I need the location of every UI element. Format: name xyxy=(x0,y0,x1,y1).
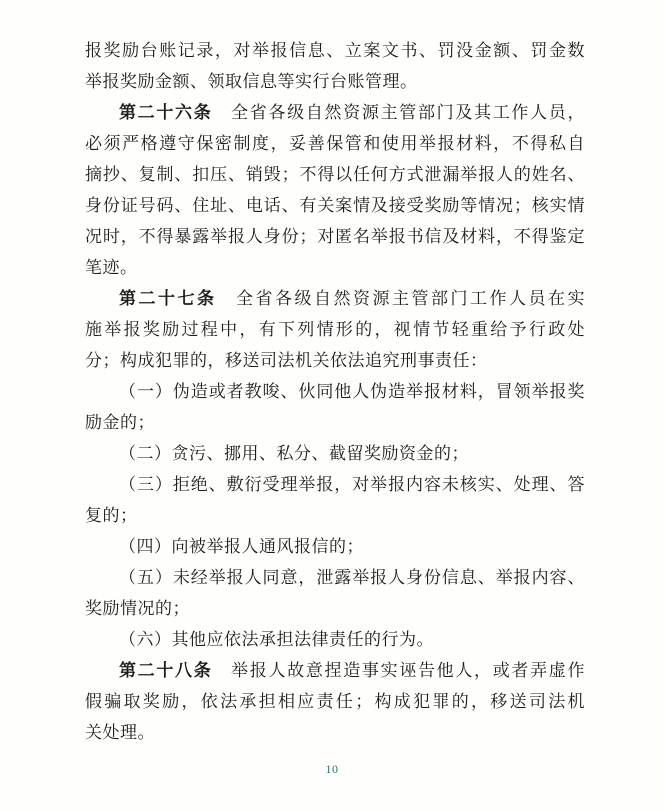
text-segment: 分；构成犯罪的，移送司法机关依法追究刑事责任： xyxy=(85,351,488,370)
text-line: （六）其他应依法承担法律责任的行为。 xyxy=(85,624,585,655)
document-body: 报奖励台账记录，对举报信息、立案文书、罚没金额、罚金数额、举报奖励金额、领取信息… xyxy=(85,35,585,748)
text-line: 施举报奖励过程中，有下列情形的，视情节轻重给予行政处 xyxy=(85,314,585,345)
text-segment: 举报人故意捏造事实诬告他人，或者弄虚作 xyxy=(212,661,585,680)
text-line: 奖励情况的； xyxy=(85,593,585,624)
text-line: 第二十六条 全省各级自然资源主管部门及其工作人员， xyxy=(85,97,585,128)
text-line: 举报奖励金额、领取信息等实行台账管理。 xyxy=(85,66,585,97)
text-segment: （五）未经举报人同意，泄露举报人身份信息、举报内容、 xyxy=(119,568,585,587)
text-segment: 摘抄、复制、扣压、销毁；不得以任何方式泄漏举报人的姓名、 xyxy=(85,165,585,184)
text-segment: 全省各级自然资源主管部门及其工作人员， xyxy=(212,103,585,122)
text-segment: 关处理。 xyxy=(85,723,155,742)
text-segment: 举报奖励金额、领取信息等实行台账管理。 xyxy=(85,72,418,91)
text-segment: 必须严格遵守保密制度，妥善保管和使用举报材料，不得私自 xyxy=(85,134,585,153)
text-line: 摘抄、复制、扣压、销毁；不得以任何方式泄漏举报人的姓名、 xyxy=(85,159,585,190)
text-line: （二）贪污、挪用、私分、截留奖励资金的； xyxy=(85,438,585,469)
text-line: （四）向被举报人通风报信的； xyxy=(85,531,585,562)
text-line: 必须严格遵守保密制度，妥善保管和使用举报材料，不得私自 xyxy=(85,128,585,159)
text-segment: 奖励情况的； xyxy=(85,599,190,618)
text-line: 身份证号码、住址、电话、有关案情及接受奖励等情况；核实情 xyxy=(85,190,585,221)
document-page: 报奖励台账记录，对举报信息、立案文书、罚没金额、罚金数额、举报奖励金额、领取信息… xyxy=(0,0,664,811)
article-number: 第二十七条 xyxy=(119,289,217,308)
text-line: （三）拒绝、敷衍受理举报，对举报内容未核实、处理、答 xyxy=(85,469,585,500)
page-footer: 10 xyxy=(0,760,664,778)
page-number: 10 xyxy=(326,762,339,776)
article-number: 第二十八条 xyxy=(119,661,212,680)
article-number: 第二十六条 xyxy=(119,103,212,122)
text-line: 笔迹。 xyxy=(85,252,585,283)
text-segment: 假骗取奖励，依法承担相应责任；构成犯罪的，移送司法机 xyxy=(85,692,585,711)
text-line: 复的； xyxy=(85,500,585,531)
text-line: 励金的； xyxy=(85,407,585,438)
text-segment: 全省各级自然资源主管部门工作人员在实 xyxy=(217,289,586,308)
text-line: （五）未经举报人同意，泄露举报人身份信息、举报内容、 xyxy=(85,562,585,593)
text-line: 假骗取奖励，依法承担相应责任；构成犯罪的，移送司法机 xyxy=(85,686,585,717)
text-segment: 报奖励台账记录，对举报信息、立案文书、罚没金额、罚金数额、 xyxy=(85,41,585,66)
text-segment: 况时，不得暴露举报人身份；对匿名举报书信及材料，不得鉴定 xyxy=(85,227,585,246)
text-segment: 身份证号码、住址、电话、有关案情及接受奖励等情况；核实情 xyxy=(85,196,585,215)
text-line: 第二十八条 举报人故意捏造事实诬告他人，或者弄虚作 xyxy=(85,655,585,686)
text-segment: 励金的； xyxy=(85,413,155,432)
text-line: 关处理。 xyxy=(85,717,585,748)
text-line: 第二十七条 全省各级自然资源主管部门工作人员在实 xyxy=(85,283,585,314)
text-segment: 复的； xyxy=(85,506,138,525)
text-segment: （二）贪污、挪用、私分、截留奖励资金的； xyxy=(119,444,469,463)
text-line: 报奖励台账记录，对举报信息、立案文书、罚没金额、罚金数额、 xyxy=(85,35,585,66)
text-segment: 施举报奖励过程中，有下列情形的，视情节轻重给予行政处 xyxy=(85,320,585,339)
text-segment: （一）伪造或者教唆、伙同他人伪造举报材料，冒领举报奖 xyxy=(119,382,585,401)
text-segment: 笔迹。 xyxy=(85,258,138,277)
text-segment: （三）拒绝、敷衍受理举报，对举报内容未核实、处理、答 xyxy=(119,475,585,494)
text-line: （一）伪造或者教唆、伙同他人伪造举报材料，冒领举报奖 xyxy=(85,376,585,407)
text-line: 分；构成犯罪的，移送司法机关依法追究刑事责任： xyxy=(85,345,585,376)
text-segment: （六）其他应依法承担法律责任的行为。 xyxy=(119,630,434,649)
text-segment: （四）向被举报人通风报信的； xyxy=(119,537,364,556)
text-line: 况时，不得暴露举报人身份；对匿名举报书信及材料，不得鉴定 xyxy=(85,221,585,252)
